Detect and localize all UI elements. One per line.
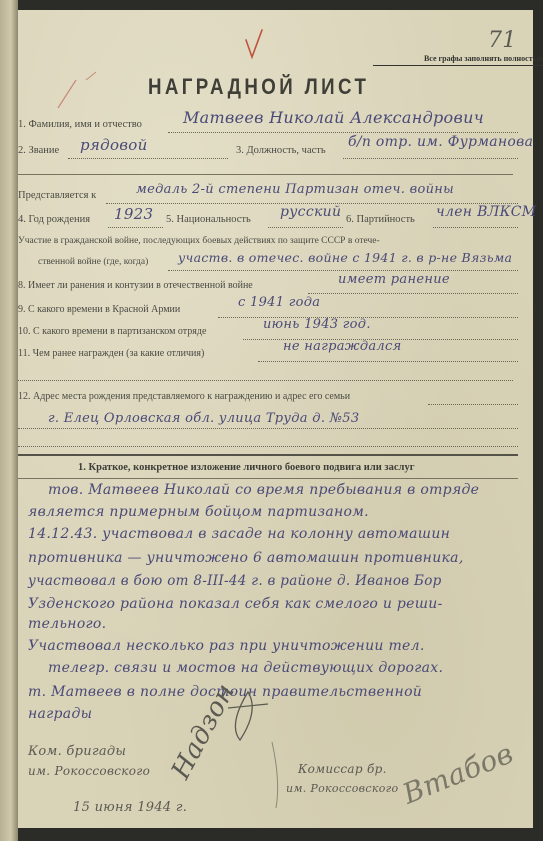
divider-1: [18, 174, 513, 175]
section1-title: 1. Краткое, конкретное изложение личного…: [78, 462, 414, 473]
field-wounds-label: 8. Имеет ли ранения и контузии в отечест…: [18, 280, 253, 291]
field-nationality-label: 5. Национальность: [166, 214, 251, 225]
field-partisan-label: 10. С какого времени в партизанском отря…: [18, 326, 206, 337]
commander-title-1: Ком. бригады: [28, 744, 126, 759]
field-name-line: [168, 132, 518, 133]
red-pencil-mark-icon: [52, 70, 102, 110]
page-number: 71: [488, 28, 517, 53]
field-rank-line: [68, 158, 228, 159]
field-redarmy-value: с 1941 года: [238, 295, 320, 310]
divider-2: [18, 380, 513, 381]
field-position-value: б/п отр. им. Фурманова: [348, 134, 533, 150]
field-wounds-value: имеет ранение: [338, 272, 450, 287]
red-checkmark-icon: [244, 28, 264, 60]
narrative-line: награды: [28, 706, 92, 722]
commander-date: 15 июня 1944 г.: [73, 800, 187, 815]
field-warparticipation-value: участв. в отечес. войне с 1941 г. в р-не…: [178, 250, 512, 265]
field-presented-value: медаль 2-й степени Партизан отеч. войны: [136, 182, 454, 197]
field-warparticipation-label-1: Участие в гражданской войне, последующих…: [18, 236, 380, 246]
field-name-value: Матвеев Николай Александрович: [183, 108, 484, 127]
field-address-line-2: [18, 428, 518, 429]
field-position-label: 3. Должность, часть: [236, 145, 326, 156]
narrative-line: противника — уничтожено 6 автомашин прот…: [28, 550, 464, 566]
binding-edge: [0, 0, 18, 841]
narrative-line: Участвовал несколько раз при уничтожении…: [28, 638, 425, 654]
field-rank-value: рядовой: [80, 136, 148, 154]
pencil-stroke-icon: [268, 740, 288, 810]
narrative-line: участвовал в бою от 8-III-44 г. в районе…: [28, 573, 442, 589]
page-title: НАГРАДНОЙ ЛИСТ: [148, 74, 369, 100]
narrative-line: является примерным бойцом партизаном.: [28, 504, 369, 520]
section-divider: [18, 454, 518, 456]
commissar-title-1: Комиссар бр.: [298, 762, 387, 776]
field-birthyear-label: 4. Год рождения: [18, 214, 90, 225]
field-party-line: [433, 227, 518, 228]
narrative-line: тов. Матвеев Николай со время пребывания…: [48, 482, 479, 498]
field-address-value: г. Елец Орловская обл. улица Труда д. №5…: [48, 411, 359, 426]
field-rank-label: 2. Звание: [18, 145, 59, 156]
field-address-label: 12. Адрес места рождения представляемого…: [18, 391, 350, 402]
field-nationality-value: русский: [280, 204, 341, 220]
field-previous-awards-line: [258, 361, 518, 362]
field-warparticipation-line: [168, 270, 518, 271]
narrative-line: 14.12.43. участвовал в засаде на колонну…: [28, 526, 450, 542]
commissar-title-2: им. Рокоссовского: [286, 782, 398, 795]
signature-flourish-icon: [218, 688, 278, 748]
field-nationality-line: [268, 227, 343, 228]
field-party-value: член ВЛКСМ: [436, 204, 536, 220]
field-previous-awards-value: не награждался: [283, 339, 401, 354]
commissar-signature: Втабов: [398, 737, 518, 811]
field-birthyear-line: [108, 227, 163, 228]
narrative-line: тельного.: [28, 616, 106, 632]
field-address-line-1: [428, 404, 518, 405]
field-name-label: 1. Фамилия, имя и отчество: [18, 119, 142, 130]
field-party-label: 6. Партийность: [346, 214, 415, 225]
field-position-line: [343, 158, 518, 159]
field-wounds-line: [308, 293, 518, 294]
field-redarmy-label: 9. С какого времени в Красной Армии: [18, 304, 180, 315]
section1-title-rule: [18, 478, 518, 479]
award-sheet-page: 71 Все графы заполнять полностью НАГРАДН…: [18, 10, 533, 828]
commander-title-2: им. Рокоссовского: [28, 764, 150, 778]
field-partisan-value: июнь 1943 год.: [263, 317, 371, 332]
field-address-line-3: [18, 446, 518, 447]
field-birthyear-value: 1923: [114, 205, 153, 223]
field-presented-label: Представляется к: [18, 190, 96, 201]
narrative-line: Узденского района показал себя как смело…: [28, 596, 443, 612]
field-previous-awards-label: 11. Чем ранее награжден (за какие отличи…: [18, 348, 204, 359]
field-warparticipation-label-2: ственной войне (где, когда): [38, 257, 148, 267]
narrative-line: телегр. связи и мостов на действующих до…: [48, 660, 443, 676]
header-note: Все графы заполнять полностью: [373, 54, 543, 66]
